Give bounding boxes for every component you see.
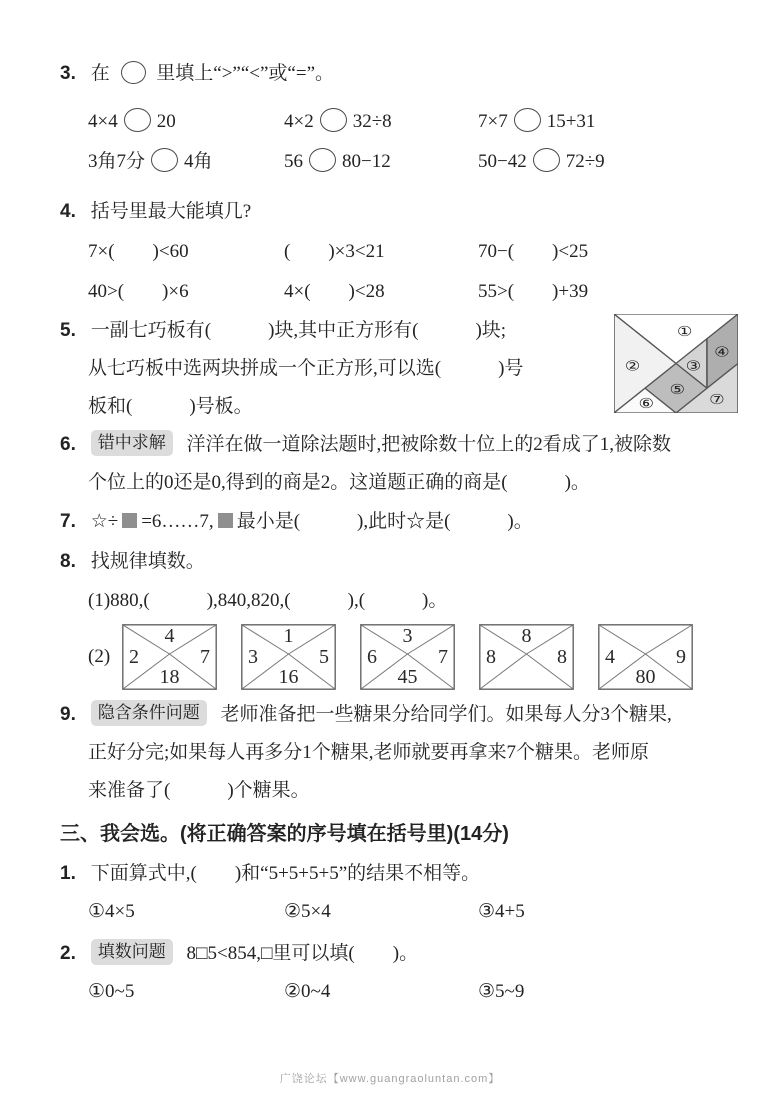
- s3q2-options: ①0~5 ②0~4 ③5~9: [60, 974, 738, 1010]
- answer-circle: [514, 108, 541, 132]
- option-item: ②5×4: [284, 894, 478, 930]
- tangram-label-7: ⑦: [709, 391, 725, 408]
- envelope-bottom-value: 16: [241, 667, 336, 687]
- option-item: ①4×5: [88, 894, 284, 930]
- q4-prompt: 括号里最大能填几?: [91, 201, 251, 222]
- expression-right: 80−12: [342, 151, 391, 172]
- question-8: 8. 找规律填数。 (1)880,( ),840,820,( ),( )。 (2…: [60, 542, 738, 690]
- comparison-item: 50−4272÷9: [478, 142, 738, 182]
- tangram-label-4: ④: [714, 343, 730, 360]
- footer-watermark: 广饶论坛【www.guangraoluntan.com】: [0, 1070, 780, 1086]
- fill-blank-item: ( )×3<21: [284, 232, 478, 272]
- q3-prompt-suffix: 里填上“>”“<”或“=”。: [156, 63, 334, 84]
- fill-blank-item: 4×( )<28: [284, 272, 478, 312]
- envelope-diagram: 1 3 5 16: [241, 624, 336, 690]
- envelope-diagram: 4 9 80: [598, 624, 693, 690]
- filled-square-icon: [218, 513, 233, 528]
- fill-blank-item: 40>( )×6: [88, 272, 284, 312]
- envelope-left-value: 6: [367, 647, 377, 667]
- q5-line2: 从七巧板中选两块拼成一个正方形,可以选( )号: [88, 358, 523, 379]
- comparison-item: 7×715+31: [478, 102, 738, 142]
- expression-right: 72÷9: [566, 151, 605, 172]
- expression-left: 4×4: [88, 111, 118, 132]
- envelope-right-value: 7: [200, 647, 210, 667]
- envelope-right-value: 5: [319, 647, 329, 667]
- q8-prompt: 找规律填数。: [91, 551, 205, 572]
- answer-circle: [124, 108, 151, 132]
- q9-line3: 来准备了( )个糖果。: [88, 780, 310, 801]
- s3q1-prompt: 下面算式中,( )和“5+5+5+5”的结果不相等。: [91, 863, 480, 884]
- envelope-right-value: 8: [557, 647, 567, 667]
- comparison-item: 4×232÷8: [284, 102, 478, 142]
- s3q2-badge: 填数问题: [91, 939, 173, 965]
- q7-number: 7.: [60, 502, 86, 542]
- q3-items-row1: 4×420 4×232÷8 7×715+31 3角7分4角 5680−12 50…: [60, 102, 738, 182]
- envelope-left-value: 3: [248, 647, 258, 667]
- option-item: ②0~4: [284, 974, 478, 1010]
- question-5: 5. 一副七巧板有( )块,其中正方形有( )块; 从七巧板中选两块拼成一个正方…: [60, 312, 738, 426]
- s3q1-options: ①4×5 ②5×4 ③4+5: [60, 894, 738, 930]
- s3q1-number: 1.: [60, 854, 86, 894]
- expression-right: 15+31: [547, 111, 596, 132]
- s3q2-number: 2.: [60, 934, 86, 974]
- envelope-left-value: 2: [129, 647, 139, 667]
- answer-circle: [151, 148, 178, 172]
- envelope-bottom-value: 80: [598, 667, 693, 687]
- question-6: 6. 错中求解 洋洋在做一道除法题时,把被除数十位上的2看成了1,被除数 个位上…: [60, 426, 738, 502]
- envelope-diagram: 8 8 8: [479, 624, 574, 690]
- section-3: 三、我会选。(将正确答案的序号填在括号里)(14分) 1. 下面算式中,( )和…: [60, 814, 738, 1010]
- question-3: 3. 在 里填上“>”“<”或“=”。 4×420 4×232÷8 7×715+…: [60, 54, 738, 182]
- q8-envelope-row: (2) 4 2 7 18: [60, 624, 738, 690]
- expression-left: 3角7分: [88, 151, 145, 172]
- q5-line3: 板和( )号板。: [88, 396, 253, 417]
- envelope-bottom-value: 45: [360, 667, 455, 687]
- expression-right: 32÷8: [353, 111, 392, 132]
- section3-question-2: 2. 填数问题 8□5<854,□里可以填( )。 ①0~5 ②0~4 ③5~9: [60, 934, 738, 1010]
- fill-blank-item: 70−( )<25: [478, 232, 738, 272]
- blank-circle-icon: [121, 61, 146, 84]
- q4-number: 4.: [60, 192, 86, 232]
- q5-number: 5.: [60, 312, 86, 350]
- envelope-top-value: 8: [479, 626, 574, 646]
- section3-question-1: 1. 下面算式中,( )和“5+5+5+5”的结果不相等。 ①4×5 ②5×4 …: [60, 854, 738, 930]
- question-9: 9. 隐含条件问题 老师准备把一些糖果分给同学们。如果每人分3个糖果, 正好分完…: [60, 696, 738, 810]
- q5-line1: 一副七巧板有( )块,其中正方形有( )块;: [91, 320, 506, 341]
- q9-line1: 老师准备把一些糖果分给同学们。如果每人分3个糖果,: [221, 704, 672, 725]
- envelope-right-value: 7: [438, 647, 448, 667]
- filled-square-icon: [122, 513, 137, 528]
- expression-left: 7×7: [478, 111, 508, 132]
- q6-badge: 错中求解: [91, 430, 173, 456]
- fill-blank-item: 55>( )+39: [478, 272, 738, 312]
- worksheet-page: 3. 在 里填上“>”“<”或“=”。 4×420 4×232÷8 7×715+…: [0, 0, 780, 1103]
- tangram-label-1: ①: [677, 323, 693, 340]
- q5-text: 5. 一副七巧板有( )块,其中正方形有( )块; 从七巧板中选两块拼成一个正方…: [60, 312, 614, 426]
- q8-sub2-label: (2): [88, 624, 122, 690]
- q3-prompt-line: 3. 在 里填上“>”“<”或“=”。: [60, 54, 738, 94]
- tangram-diagram: ① ② ③ ④ ⑤ ⑥ ⑦: [614, 314, 738, 413]
- tangram-label-6: ⑥: [638, 395, 654, 412]
- q7-seg3: 最小是( ),此时☆是( )。: [237, 511, 533, 532]
- q8-number: 8.: [60, 542, 86, 582]
- expression-right: 4角: [184, 151, 213, 172]
- comparison-item: 4×420: [88, 102, 284, 142]
- tangram-svg: ① ② ③ ④ ⑤ ⑥ ⑦: [614, 314, 738, 413]
- tangram-label-3: ③: [686, 357, 702, 374]
- expression-right: 20: [157, 111, 176, 132]
- answer-circle: [533, 148, 560, 172]
- answer-circle: [320, 108, 347, 132]
- option-item: ①0~5: [88, 974, 284, 1010]
- envelope-top-value: 4: [122, 626, 217, 646]
- q9-line2: 正好分完;如果每人再多分1个糖果,老师就要再拿来7个糖果。老师原: [88, 742, 649, 763]
- q6-line2: 个位上的0还是0,得到的商是2。这道题正确的商是( )。: [88, 472, 590, 493]
- envelope-top-value: 1: [241, 626, 336, 646]
- section-3-heading: 三、我会选。(将正确答案的序号填在括号里)(14分): [60, 814, 738, 854]
- q8-sub1-text: 880,( ),840,820,( ),( )。: [110, 590, 447, 611]
- q6-number: 6.: [60, 426, 86, 464]
- fill-blank-item: 7×( )<60: [88, 232, 284, 272]
- q6-line1: 洋洋在做一道除法题时,把被除数十位上的2看成了1,被除数: [187, 434, 672, 455]
- envelope-diagram: 4 2 7 18: [122, 624, 217, 690]
- q4-items: 7×( )<60 ( )×3<21 70−( )<25 40>( )×6 4×(…: [60, 232, 738, 312]
- expression-left: 4×2: [284, 111, 314, 132]
- question-7: 7. ☆÷=6……7,最小是( ),此时☆是( )。: [60, 502, 738, 542]
- expression-left: 50−42: [478, 151, 527, 172]
- envelope-left-value: 8: [486, 647, 496, 667]
- q7-seg2: =6……7,: [141, 511, 213, 532]
- q8-sub1-label: (1): [88, 590, 110, 611]
- comparison-item: 3角7分4角: [88, 142, 284, 182]
- tangram-label-2: ②: [625, 357, 641, 374]
- q3-prompt-prefix: 在: [91, 63, 110, 84]
- envelope-bottom-value: 18: [122, 667, 217, 687]
- q9-badge: 隐含条件问题: [91, 700, 207, 726]
- q9-number: 9.: [60, 696, 86, 734]
- answer-circle: [309, 148, 336, 172]
- option-item: ③4+5: [478, 894, 738, 930]
- envelope-right-value: 9: [676, 647, 686, 667]
- question-4: 4. 括号里最大能填几? 7×( )<60 ( )×3<21 70−( )<25…: [60, 192, 738, 312]
- q4-prompt-line: 4. 括号里最大能填几?: [60, 192, 738, 232]
- q3-number: 3.: [60, 54, 86, 94]
- q7-seg1: ☆÷: [91, 511, 118, 532]
- comparison-item: 5680−12: [284, 142, 478, 182]
- envelope-left-value: 4: [605, 647, 615, 667]
- expression-left: 56: [284, 151, 303, 172]
- envelope-top-value: 3: [360, 626, 455, 646]
- option-item: ③5~9: [478, 974, 738, 1010]
- envelope-diagram: 3 6 7 45: [360, 624, 455, 690]
- tangram-label-5: ⑤: [669, 381, 685, 398]
- s3q2-prompt: 8□5<854,□里可以填( )。: [187, 943, 419, 964]
